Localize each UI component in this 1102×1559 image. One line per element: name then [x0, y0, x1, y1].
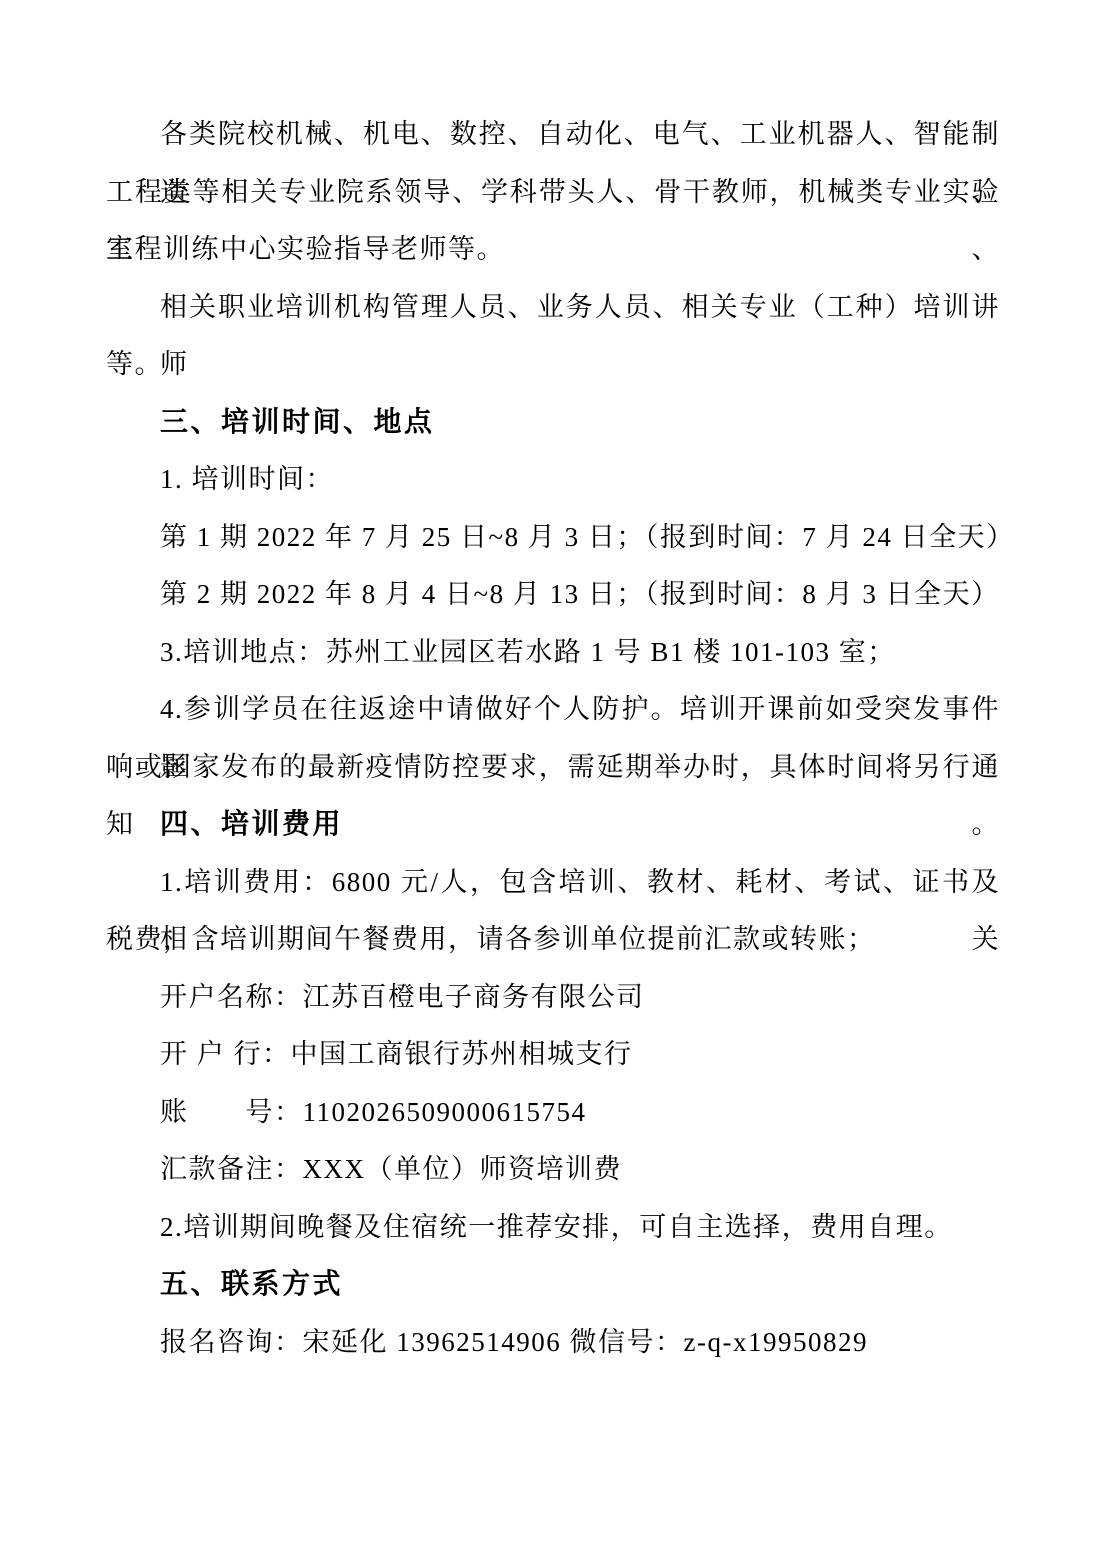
audience-line-2: 工程类等相关专业院系领导、学科带头人、骨干教师，机械类专业实验室、: [106, 164, 1000, 222]
section-3-heading: 三、培训时间、地点: [106, 394, 1000, 452]
account-number: 账 号：1102026509000615754: [106, 1084, 1000, 1142]
training-time-label: 1. 培训时间：: [106, 451, 1000, 509]
travel-notice-line-2: 响或国家发布的最新疫情防控要求，需延期举办时，具体时间将另行通知。: [106, 739, 1000, 797]
remittance-note: 汇款备注：XXX（单位）师资培训费: [106, 1141, 1000, 1199]
audience-line-1: 各类院校机械、机电、数控、自动化、电气、工业机器人、智能制造、: [106, 106, 1000, 164]
session-1-schedule: 第 1 期 2022 年 7 月 25 日~8 月 3 日；（报到时间：7 月 …: [106, 509, 1000, 567]
registration-contact: 报名咨询：宋延化 13962514906 微信号：z-q-x19950829: [106, 1314, 1000, 1372]
fee-line-1: 1.培训费用：6800 元/人，包含培训、教材、耗材、考试、证书及相关: [106, 854, 1000, 912]
trainers-line-1: 相关职业培训机构管理人员、业务人员、相关专业（工种）培训讲师: [106, 279, 1000, 337]
section-5-heading: 五、联系方式: [106, 1256, 1000, 1314]
document-page: 各类院校机械、机电、数控、自动化、电气、工业机器人、智能制造、 工程类等相关专业…: [0, 0, 1102, 1559]
session-2-schedule: 第 2 期 2022 年 8 月 4 日~8 月 13 日；（报到时间：8 月 …: [106, 566, 1000, 624]
training-location: 3.培训地点：苏州工业园区若水路 1 号 B1 楼 101-103 室；: [106, 624, 1000, 682]
document-body: 各类院校机械、机电、数控、自动化、电气、工业机器人、智能制造、 工程类等相关专业…: [106, 106, 1000, 1371]
trainers-line-2: 等。: [106, 336, 1000, 394]
bank-name: 开 户 行：中国工商银行苏州相城支行: [106, 1026, 1000, 1084]
account-name: 开户名称：江苏百橙电子商务有限公司: [106, 969, 1000, 1027]
fee-line-2: 税费，含培训期间午餐费用，请各参训单位提前汇款或转账；: [106, 911, 1000, 969]
travel-notice-line-1: 4.参训学员在往返途中请做好个人防护。培训开课前如受突发事件影: [106, 681, 1000, 739]
meals-lodging-note: 2.培训期间晚餐及住宿统一推荐安排，可自主选择，费用自理。: [106, 1199, 1000, 1257]
